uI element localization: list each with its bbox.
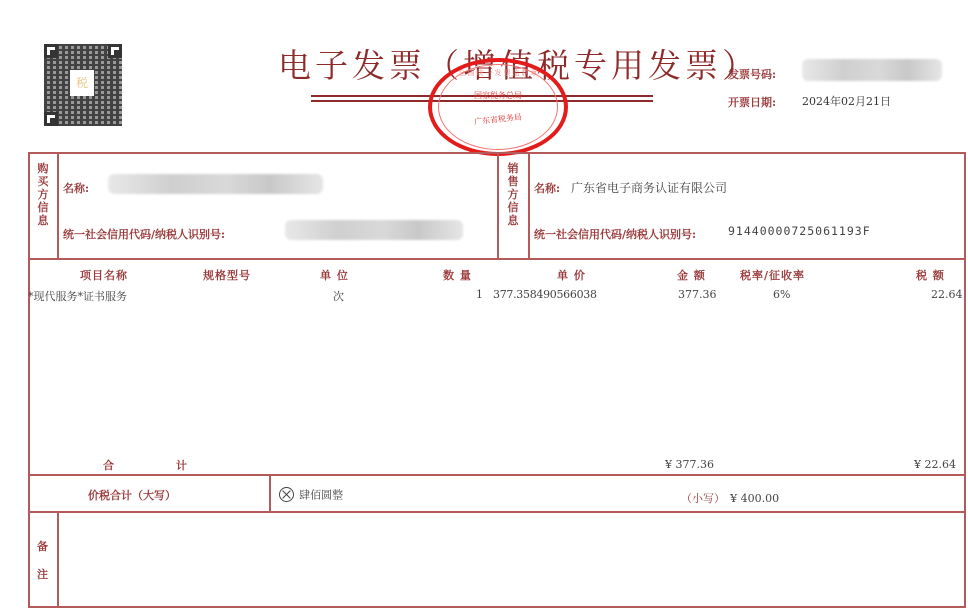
frame-right (964, 152, 966, 608)
party-row-divider (28, 258, 966, 260)
buyer-label-divider (57, 152, 59, 259)
grand-total-divider (28, 511, 966, 513)
item-tax: 22.64 (931, 288, 963, 301)
party-middle-divider (497, 152, 499, 259)
qr-finder-icon (44, 44, 58, 58)
grand-total-uppercase-value: 肆佰圆整 (299, 489, 343, 502)
item-rate: 6% (773, 288, 790, 301)
seller-section-label: 销售方信息 (503, 162, 523, 227)
notes-label-bei: 备 (37, 538, 49, 554)
invoice-number-value (802, 59, 942, 81)
notes-label-divider (57, 512, 59, 607)
item-price: 377.358490566038 (493, 288, 597, 301)
qr-finder-icon (108, 44, 122, 58)
grand-total-lowercase: （小写） ¥ 400.00 (681, 487, 779, 506)
grand-total-col-divider (269, 474, 271, 512)
col-header-rate: 税率/征收率 (740, 267, 805, 283)
notes-value (66, 520, 956, 600)
total-tax: ¥ 22.64 (914, 458, 956, 471)
stamp-arc-text: 全国统一发票监制章 (444, 68, 554, 78)
seller-tax-id-value: 91440000725061193F (728, 224, 871, 238)
circled-x-icon (279, 487, 294, 502)
grand-total-uppercase: 肆佰圆整 (279, 484, 343, 503)
buyer-tax-id-label: 统一社会信用代码/纳税人识别号: (63, 226, 225, 242)
frame-bottom (28, 606, 966, 608)
total-amount: ¥ 377.36 (665, 458, 714, 471)
grand-total-label: 价税合计（大写） (88, 487, 176, 503)
item-name: *现代服务*证书服务 (28, 288, 127, 304)
seller-name-value: 广东省电子商务认证有限公司 (571, 179, 727, 196)
col-header-amount: 金 额 (677, 267, 706, 283)
issue-date-value: 2024年02月21日 (802, 93, 891, 109)
seller-name-label: 名称: (534, 180, 560, 196)
qr-center-tax-icon: 税 (70, 70, 94, 96)
item-unit: 次 (333, 288, 344, 304)
total-label-he: 合 (103, 457, 115, 473)
buyer-section-label: 购买方信息 (34, 162, 52, 227)
col-header-unit: 单 位 (320, 267, 349, 283)
frame-left (28, 152, 30, 608)
seller-tax-id-label: 统一社会信用代码/纳税人识别号: (534, 226, 696, 242)
notes-label-zhu: 注 (37, 566, 49, 582)
grand-total-lowercase-value: ¥ 400.00 (730, 492, 779, 505)
qr-code-icon: 税 (44, 44, 122, 126)
col-header-tax: 税 额 (916, 267, 945, 283)
col-header-spec: 规格型号 (203, 267, 251, 283)
invoice-number-label: 发票号码: (728, 66, 776, 82)
totals-divider (28, 474, 966, 476)
buyer-tax-id-value (285, 220, 463, 240)
total-label-ji: 计 (176, 457, 188, 473)
item-qty: 1 (476, 288, 483, 301)
col-header-qty: 数 量 (443, 267, 472, 283)
buyer-name-label: 名称: (63, 180, 89, 196)
seller-label-divider (528, 152, 530, 259)
table-row: *现代服务*证书服务 次 1 377.358490566038 377.36 6… (28, 288, 966, 306)
qr-finder-icon (44, 112, 58, 126)
issue-date-label: 开票日期: (728, 94, 776, 110)
col-header-price: 单 价 (557, 267, 586, 283)
stamp-line-1: 国家税务总局 (460, 90, 536, 101)
buyer-name-value (108, 174, 323, 194)
item-amount: 377.36 (678, 288, 717, 301)
col-header-name: 项目名称 (80, 267, 128, 283)
grand-total-lowercase-label: （小写） (681, 492, 725, 505)
